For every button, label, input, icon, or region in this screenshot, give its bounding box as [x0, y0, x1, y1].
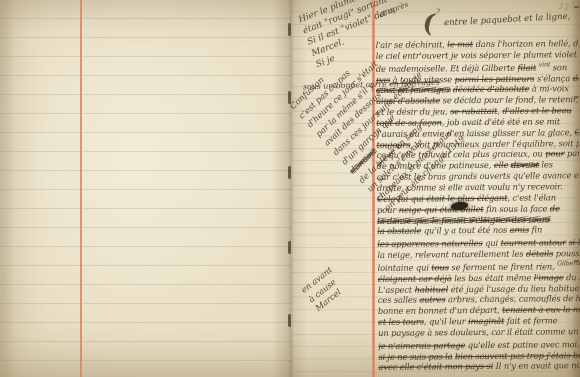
text-segment: de nombre d'une patineuse, — [377, 160, 494, 171]
text-segment: qui — [483, 238, 501, 248]
text-segment: , soit pour mieux garder l'équilibre, so… — [410, 138, 580, 150]
text-segment: et le désir du jeu, — [376, 106, 450, 117]
text-segment: lointaine qui — [378, 262, 432, 272]
text-segment: tournent autour — [501, 237, 567, 248]
text-segment: son — [550, 62, 567, 72]
text-segment: à mi-voix — [529, 84, 569, 94]
text-segment: d'alles et le beau — [502, 105, 571, 116]
text-segment: la danse que le faisait s'éloigner des t… — [377, 214, 550, 226]
text-segment: le ciel entr'ouvert je vois séparer le p… — [376, 49, 577, 61]
text-segment: se décida pour le fond, le retenir, — [440, 94, 578, 105]
page-edge-tick — [574, 6, 579, 8]
text-segment: un paysage à ses douleurs, car il était … — [378, 326, 580, 338]
text-segment: à toute vitesse — [390, 74, 455, 85]
text-segment: bonne en bonnet d'un départ, — [378, 305, 502, 316]
text-segment: pour — [377, 204, 399, 214]
text-segment: neige qui était ballet — [399, 204, 484, 215]
left-page — [0, 0, 292, 377]
text-segment: pas — [376, 74, 390, 84]
text-segment: , qu'il leur — [424, 316, 468, 326]
stitch-mark — [288, 314, 291, 327]
text-segment: et les tours — [378, 317, 424, 327]
text-segment: les — [539, 160, 553, 170]
text-segment: l'image — [534, 272, 564, 282]
text-segment: droite, comme si elle avait voulu n'y re… — [377, 181, 563, 193]
stitch-mark — [288, 23, 291, 36]
text-segment: vint — [539, 61, 551, 68]
text-segment: filait — [518, 62, 537, 72]
notebook-spread: 327 ( 7 entre le paquebot et la ligne, e… — [0, 0, 580, 377]
text-segment: , job avait d'été été en se mit — [442, 116, 560, 127]
manuscript-line: la danse que le faisait s'éloigner des t… — [377, 214, 580, 227]
stitch-mark — [288, 241, 291, 254]
text-segment: l'air se déchirait, — [376, 39, 448, 50]
text-segment: car c'est les bras grands ouverts qu'ell… — [377, 170, 580, 182]
text-segment: devant — [511, 160, 539, 170]
text-segment: ainsi d'absolute — [376, 96, 440, 107]
text-segment: parmi les patineurs — [455, 73, 535, 84]
text-segment: avec elle c'était mon pays si — [378, 361, 493, 372]
text-segment: bien souvent pas trop j'étais bel — [455, 350, 580, 361]
text-segment: elle — [494, 160, 509, 170]
text-segment: la obstacle — [377, 226, 421, 236]
text-segment: Cela lui qui était le plus élégant — [377, 193, 508, 204]
text-segment: J'aurais eu envie d'en laisse glisser su… — [376, 127, 574, 139]
text-segment: tout été nos — [458, 225, 509, 235]
page-number-main: 32 — [558, 2, 571, 12]
text-segment: la neige, relevant naturellement les — [377, 249, 526, 260]
text-segment: fin sous la face — [484, 203, 550, 214]
text-segment: tenaient à eux la neige — [502, 304, 580, 315]
text-segment: ainsi en fourrages — [376, 85, 450, 96]
text-segment: s'élança — [534, 73, 572, 83]
manuscript-text: l'air se déchirait, le mot dans l'horizo… — [376, 38, 580, 372]
text-segment: imaginât — [468, 316, 504, 326]
manuscript-line: avec elle c'était mon pays si Il n'y en … — [378, 361, 580, 372]
stitch-mark — [288, 166, 291, 179]
text-segment: fin — [529, 225, 542, 235]
text-segment: Il n'y en avait que nous — [493, 360, 580, 371]
text-segment: de mademoiselle. Et déjà Gilberte — [376, 62, 518, 73]
text-segment: les bas était même — [452, 272, 534, 283]
text-segment: dans l'horizon en hellé, de — [473, 38, 580, 49]
text-segment: détails — [526, 248, 553, 258]
page-edge-shadow — [572, 0, 580, 377]
text-segment: qu'elle est patine avec moi. — [465, 339, 580, 350]
text-segment: amis — [510, 225, 529, 235]
gutter-binding — [272, 0, 308, 377]
text-segment: été jugé l'usage du lieu habituel en — [448, 283, 580, 294]
text-segment: autres — [419, 295, 445, 305]
text-segment: je n'aimerais partage — [378, 340, 465, 351]
text-segment: fait et ferme — [504, 315, 557, 325]
text-segment: tout de sa façon — [376, 117, 442, 128]
text-segment: se ferment ne firent rien, — [449, 261, 557, 272]
text-segment: tous — [431, 262, 449, 272]
left-page-margin-line — [80, 0, 82, 377]
text-segment: les apparences naturelles — [377, 238, 482, 249]
text-segment: ce qu'elle trouvait cela plus gracieux, … — [377, 149, 546, 160]
text-segment: décidée d'absolute — [453, 84, 530, 95]
text-segment: ces salles — [378, 295, 420, 305]
text-segment: , c'est l'élan — [507, 192, 556, 202]
text-segment: de — [550, 203, 560, 213]
text-segment: qu'il y a — [421, 226, 458, 236]
text-segment: pour — [545, 149, 564, 159]
text-segment: L'aspect — [378, 284, 415, 294]
text-segment: habituel — [415, 284, 449, 294]
text-segment: le mot — [447, 39, 473, 49]
text-segment: se rabattait — [450, 106, 497, 116]
page-edge-tick — [574, 260, 579, 262]
page-edge-tick — [574, 96, 579, 98]
text-segment: toujours — [376, 139, 410, 149]
text-segment: éloignent car déjà — [378, 273, 452, 284]
text-segment: arbres, changés, camouflés de housses, — [445, 293, 580, 304]
text-segment: si je ne suis pas la — [378, 351, 452, 362]
